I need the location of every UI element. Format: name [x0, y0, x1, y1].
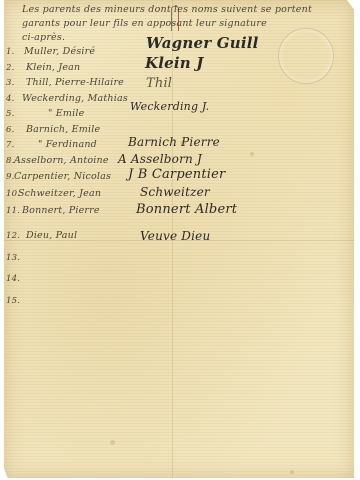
entry-name: Weckerding, Mathias [22, 93, 128, 104]
entry-signature: Weckerding J. [130, 100, 209, 113]
stain [290, 470, 294, 474]
entry-name: Bonnert, Pierre [22, 205, 100, 216]
entry-name: Asselborn, Antoine [14, 155, 109, 166]
entry-name: Thill, Pierre-Hilaire [26, 77, 124, 88]
entry-number: 3. [6, 78, 15, 88]
entry-number: 2. [6, 63, 15, 73]
stain [250, 152, 254, 156]
entry-signature: Thil [146, 76, 172, 91]
intro-line-2: garants pour leur fils en apposant leur … [22, 18, 267, 29]
entry-number: 5. [6, 109, 15, 119]
entry-signature: A Asselborn J [118, 152, 202, 166]
entry-signature: Klein J [145, 54, 204, 72]
intro-line-1: Les parents des mineurs dont les noms su… [22, 4, 312, 15]
embossed-seal [278, 28, 334, 84]
entry-name: Carpentier, Nicolas [14, 171, 111, 182]
entry-number: 13. [6, 253, 20, 263]
entry-name: " Emile [48, 108, 84, 119]
entry-name: Schweitzer, Jean [18, 188, 101, 199]
entry-name: Dieu, Paul [26, 230, 77, 241]
entry-number: 1. [6, 47, 15, 57]
entry-signature: Schweitzer [140, 185, 210, 199]
entry-name: Klein, Jean [26, 62, 80, 73]
entry-signature: J B Carpentier [128, 167, 225, 182]
entry-number: 15. [6, 296, 20, 306]
entry-signature: Wagner Guill [146, 34, 259, 52]
entry-number: 4. [6, 94, 15, 104]
entry-number: 6. [6, 125, 15, 135]
entry-number: 11. [6, 206, 20, 216]
entry-number: 14. [6, 274, 20, 284]
stain [110, 440, 115, 445]
entry-signature: Bonnert Albert [136, 202, 237, 217]
entry-signature: Veuve Dieu [140, 229, 210, 243]
entry-name: Muller, Désiré [24, 46, 95, 57]
entry-number: 7. [6, 140, 15, 150]
entry-name: " Ferdinand [38, 139, 97, 150]
entry-name: Barnich, Emile [26, 124, 100, 135]
intro-line-3: ci-après. [22, 32, 65, 43]
entry-number: 12. [6, 231, 20, 241]
entry-signature: Barnich Pierre [128, 135, 220, 149]
